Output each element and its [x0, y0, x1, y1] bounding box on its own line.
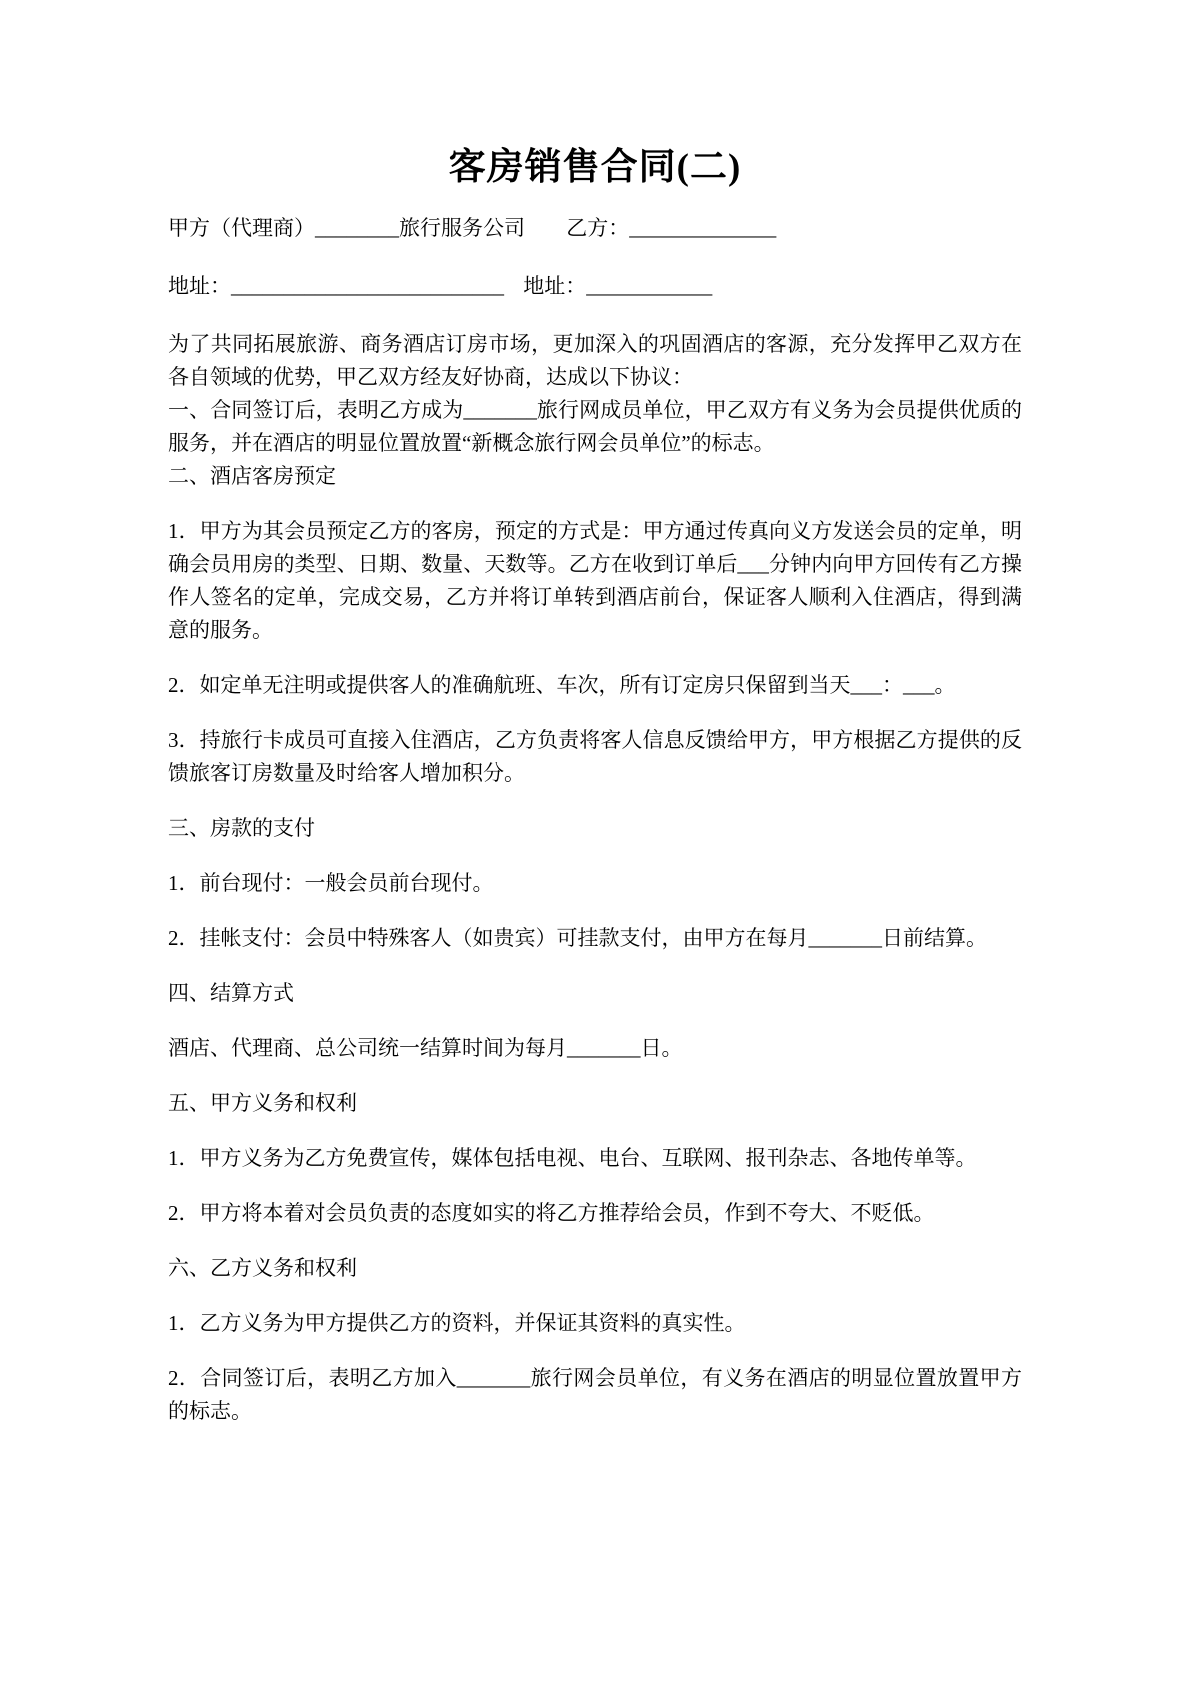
addresses-row: 地址：__________________________ 地址：_______… [168, 270, 1022, 303]
clause-4-1-settlement-date: 酒店、代理商、总公司统一结算时间为每月_______日。 [168, 1032, 1022, 1065]
clause-1-membership: 一、合同签订后，表明乙方成为_______旅行网成员单位，甲乙双方有义务为会员提… [168, 394, 1022, 460]
section-3-heading: 三、房款的支付 [168, 812, 1022, 845]
clause-2-1-booking-procedure: 1．甲方为其会员预定乙方的客房，预定的方式是：甲方通过传真向义方发送会员的定单，… [168, 515, 1022, 647]
clause-3-2-credit-payment: 2．挂帐支付：会员中特殊客人（如贵宾）可挂款支付，由甲方在每月_______日前… [168, 922, 1022, 955]
clause-6-1-provide-materials: 1．乙方义务为甲方提供乙方的资料，并保证其资料的真实性。 [168, 1307, 1022, 1340]
clause-2-3-travel-card: 3．持旅行卡成员可直接入住酒店，乙方负责将客人信息反馈给甲方，甲方根据乙方提供的… [168, 724, 1022, 790]
clause-6-2-membership-sign: 2．合同签订后，表明乙方加入_______旅行网会员单位，有义务在酒店的明显位置… [168, 1362, 1022, 1428]
clause-2-2-reservation-hold: 2．如定单无注明或提供客人的准确航班、车次，所有订定房只保留到当天___：___… [168, 669, 1022, 702]
contract-title: 客房销售合同(二) [168, 146, 1022, 190]
address-b-field: 地址：____________ [523, 274, 712, 298]
clause-5-2-honest-recommendation: 2．甲方将本着对会员负责的态度如实的将乙方推荐给会员，作到不夸大、不贬低。 [168, 1197, 1022, 1230]
parties-row: 甲方（代理商）________旅行服务公司 乙方：______________ [168, 212, 1022, 245]
clause-3-1-front-desk-payment: 1．前台现付：一般会员前台现付。 [168, 867, 1022, 900]
party-b-field: 乙方：______________ [566, 216, 776, 240]
section-5-heading: 五、甲方义务和权利 [168, 1087, 1022, 1120]
address-a-field: 地址：__________________________ [168, 274, 504, 298]
contract-document-page: 客房销售合同(二) 甲方（代理商）________旅行服务公司 乙方：_____… [0, 0, 1190, 1683]
clause-5-1-free-promotion: 1．甲方义务为乙方免费宣传，媒体包括电视、电台、互联网、报刊杂志、各地传单等。 [168, 1142, 1022, 1175]
section-4-heading: 四、结算方式 [168, 977, 1022, 1010]
intro-paragraph: 为了共同拓展旅游、商务酒店订房市场，更加深入的巩固酒店的客源，充分发挥甲乙双方在… [168, 328, 1022, 394]
section-2-heading: 二、酒店客房预定 [168, 460, 1022, 493]
section-6-heading: 六、乙方义务和权利 [168, 1252, 1022, 1285]
party-a-field: 甲方（代理商）________旅行服务公司 [168, 216, 525, 240]
